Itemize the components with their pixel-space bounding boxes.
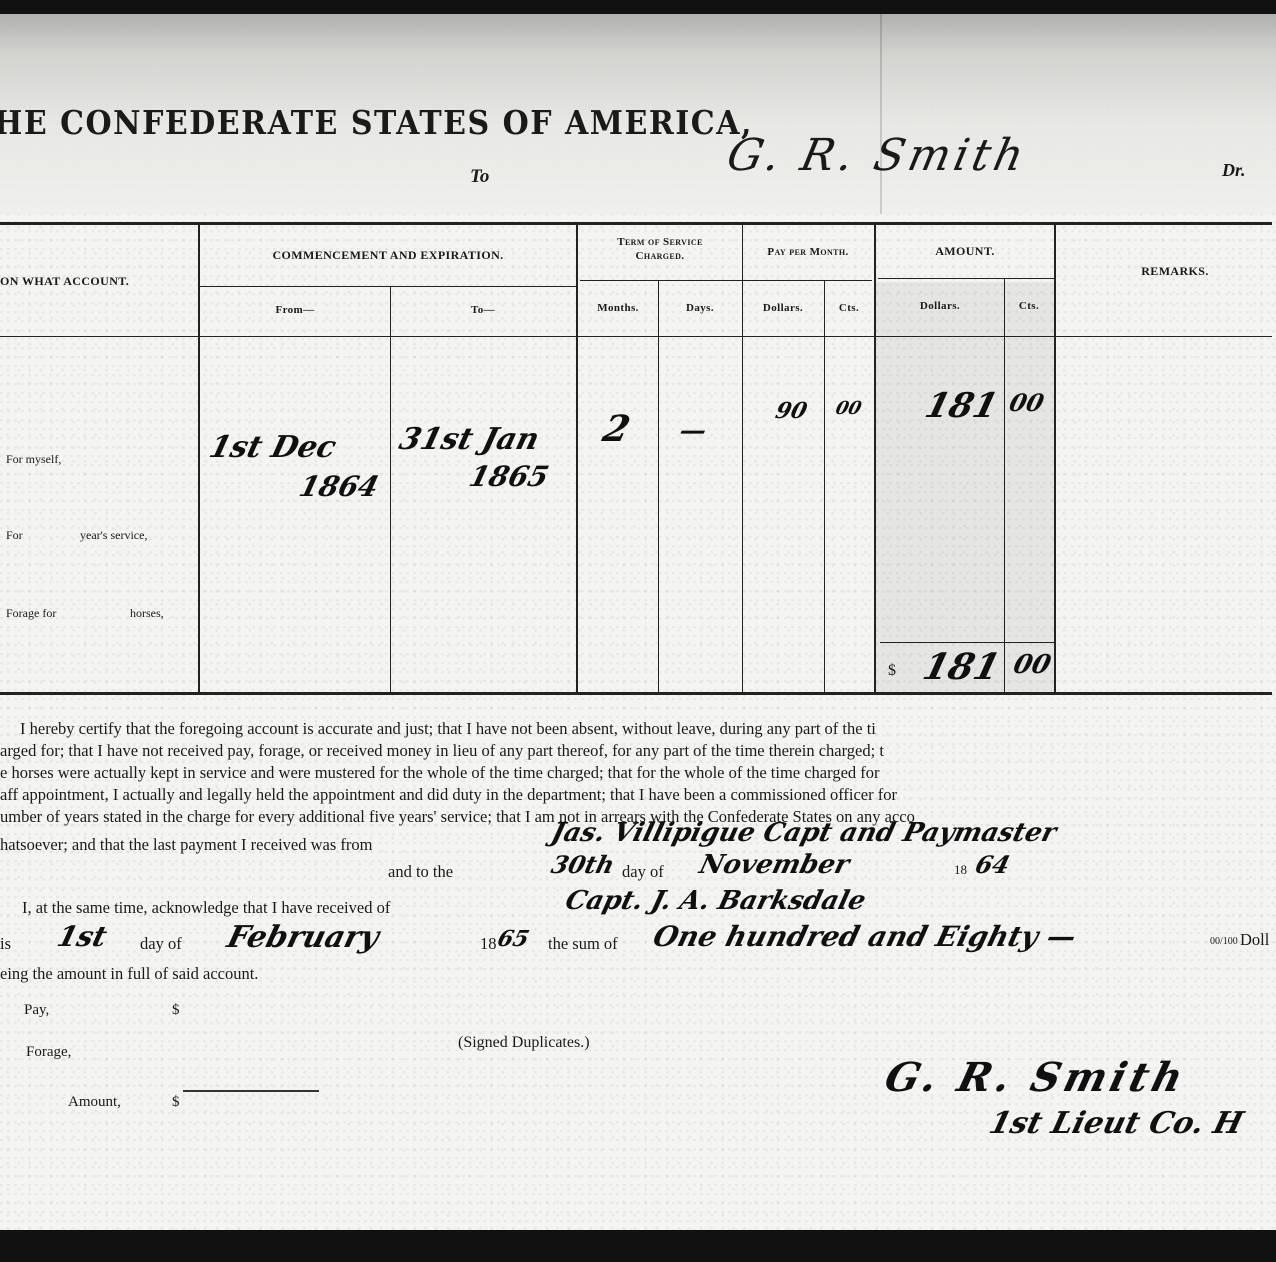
header-term-charged: Charged. (578, 250, 742, 262)
signature-title: 1st Lieut Co. H (986, 1106, 1247, 1141)
col-rule-remarks (1054, 222, 1056, 692)
entry-from-date: 1st Dec (206, 430, 340, 465)
cents-fraction: 00/100 (1210, 936, 1238, 947)
received-of-handwritten: Capt. J. A. Barksdale (562, 886, 869, 916)
amount-column-shading (876, 282, 1056, 692)
sum-label: the sum of (548, 934, 618, 954)
received-day-of-label: day of (140, 934, 182, 954)
received-month: February (224, 920, 383, 955)
last-payment-month: November (696, 850, 852, 880)
payee-name-handwritten: G. R. Smith (723, 130, 1032, 181)
and-to-the-label: and to the (388, 862, 453, 882)
certification-line-6: hatsoever; and that the last payment I r… (0, 834, 372, 857)
entry-pay-dollars: 90 (773, 398, 810, 424)
amount-subrule (878, 278, 1054, 279)
header-to: To— (390, 304, 576, 316)
col-rule-pay-cts (824, 280, 825, 692)
dollars-label: Doll (1240, 930, 1269, 950)
this-label: is (0, 934, 11, 954)
header-from: From— (200, 304, 390, 316)
last-payment-from-handwritten: Jas. Villipigue Capt and Paymaster (548, 818, 1059, 848)
being-amount-text: eing the amount in full of said account. (0, 964, 258, 984)
header-pay-cts: Cts. (824, 302, 874, 314)
summary-forage-label: Forage, (26, 1044, 71, 1061)
scan-bottom-edge (0, 1230, 1276, 1246)
document-title: HE CONFEDERATE STATES OF AMERICA, (0, 104, 753, 143)
summary-pay-label: Pay, (24, 1002, 49, 1019)
header-amount: AMOUNT. (876, 244, 1054, 259)
header-months: Months. (578, 302, 658, 314)
entry-to-date: 31st Jan (396, 422, 543, 457)
col-rule-from (198, 222, 200, 692)
sum-in-words: One hundred and Eighty — (650, 920, 1080, 953)
summary-amount-label: Amount, (68, 1094, 121, 1111)
table-top-rule (0, 222, 1272, 225)
certification-line-3: e horses were actually kept in service a… (0, 762, 880, 785)
col-rule-amount-cts (1004, 278, 1005, 692)
col-rule-amount (874, 222, 876, 692)
header-term-of-service: Term of Service (578, 236, 742, 248)
header-bottom-rule (0, 336, 1272, 337)
account-table: ON WHAT ACCOUNT. COMMENCEMENT AND EXPIRA… (0, 222, 1272, 692)
col-rule-days (658, 280, 659, 692)
certification-line-2: arged for; that I have not received pay,… (0, 740, 884, 763)
acknowledge-text: I, at the same time, acknowledge that I … (22, 898, 390, 918)
header-remarks: REMARKS. (1100, 264, 1250, 279)
total-rule (880, 642, 1056, 643)
header-account: ON WHAT ACCOUNT. (0, 274, 180, 289)
signed-duplicates-label: (Signed Duplicates.) (458, 1034, 590, 1052)
account-row-forage-for: Forage for (6, 606, 56, 621)
certification-line-4: aff appointment, I actually and legally … (0, 784, 897, 807)
col-rule-pay (742, 222, 743, 692)
entry-to-year: 1865 (466, 460, 552, 493)
account-row-myself: For myself, (6, 452, 61, 467)
header-pay-dollars: Dollars. (742, 302, 824, 314)
header-amount-dollars: Dollars. (876, 300, 1004, 312)
last-payment-day-of-label: day of (622, 862, 664, 882)
summary-amount-symbol: $ (172, 1094, 180, 1111)
last-payment-year-prefix: 18 (954, 862, 967, 878)
total-dollar-sign: $ (888, 662, 896, 680)
total-dollars: 181 (919, 646, 1005, 688)
to-label: To (470, 166, 489, 188)
summary-pay-symbol: $ (172, 1002, 180, 1019)
table-bottom-rule (0, 692, 1272, 695)
commencement-subrule (200, 286, 576, 287)
entry-from-year: 1864 (296, 470, 382, 503)
col-rule-to (390, 286, 391, 692)
header-amount-cts: Cts. (1004, 300, 1054, 312)
debtor-label: Dr. (1222, 160, 1246, 181)
voucher-page: HE CONFEDERATE STATES OF AMERICA, To G. … (0, 14, 1276, 1246)
signature-name: G. R. Smith (880, 1054, 1191, 1101)
account-row-service-for: For (6, 528, 23, 543)
header-pay-per-month: Pay per Month. (742, 246, 874, 258)
received-day: 1st (54, 920, 110, 953)
entry-pay-cts: 00 (833, 398, 863, 419)
summary-sum-rule (183, 1090, 319, 1092)
fold-line (880, 14, 882, 214)
received-year-suffix: 65 (495, 926, 532, 952)
entry-months: 2 (599, 408, 635, 450)
last-payment-year-suffix: 64 (972, 850, 1013, 879)
entry-amount-dollars: 181 (921, 386, 1002, 426)
account-row-forage-horses: horses, (130, 606, 164, 621)
account-row-service-years: year's service, (80, 528, 147, 543)
col-rule-months (576, 222, 578, 692)
last-payment-day: 30th (548, 850, 617, 879)
header-days: Days. (658, 302, 742, 314)
entry-days: — (676, 416, 709, 446)
certification-line-1: I hereby certify that the foregoing acco… (20, 718, 876, 741)
term-pay-subrule (580, 280, 872, 281)
header-commencement-expiration: COMMENCEMENT AND EXPIRATION. (200, 248, 576, 263)
total-cts: 00 (1010, 650, 1054, 680)
